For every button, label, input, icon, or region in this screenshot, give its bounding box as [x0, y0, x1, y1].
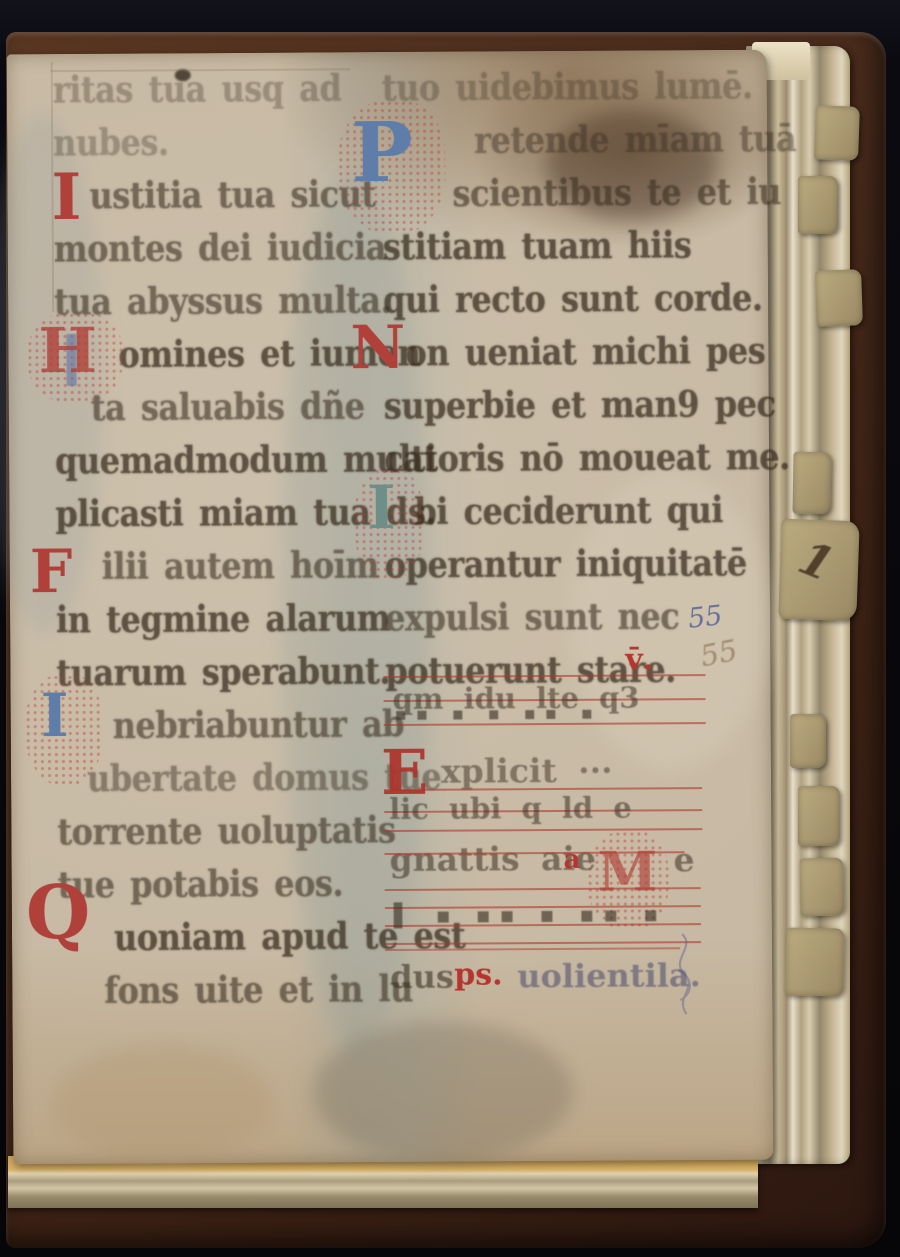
index-tab: [790, 714, 826, 768]
chant-text: dus: [390, 958, 454, 996]
index-tab: [799, 858, 844, 917]
initial-I-blue: I: [40, 686, 68, 746]
neume-row: ▪▪ ▪ ▪ ▪▪ ▪: [395, 703, 602, 725]
initial-N-red: N: [350, 318, 405, 378]
stain: [313, 1021, 574, 1163]
versicle-mark: v̄.: [625, 642, 653, 677]
index-tab: [798, 786, 840, 846]
red-letter-a: a: [563, 845, 580, 875]
staff-line: [385, 947, 680, 951]
text-line: fons uite et in lu: [58, 959, 373, 1021]
initial-H-decorated: H: [38, 320, 97, 382]
initial-Q-red: Q: [26, 876, 91, 950]
index-tab: [785, 927, 844, 996]
explicit-text: xplicit ···: [441, 751, 613, 791]
pen-trial-squiggle: [652, 930, 723, 1020]
chant-text: lic ubi q ld e: [389, 791, 632, 826]
stain: [53, 1043, 274, 1164]
folio-number-older: 55: [697, 633, 740, 674]
index-tab: [798, 176, 838, 234]
manuscript-page: ritas tua usq ad nubes. ustitia tua sicu…: [7, 50, 774, 1165]
neume-row: ▌ ▪ ▪▪ ▪ ▪▪ ▪: [394, 902, 667, 929]
ps-abbreviation: ps.: [454, 957, 503, 992]
tab-ink-numeral: 1: [786, 532, 847, 590]
folio-number-modern: 55: [686, 600, 724, 635]
index-tab-large: 1: [778, 519, 859, 622]
initial-F-red: F: [30, 542, 73, 602]
manuscript-photograph: 1 ritas tua usq ad nubes. ustitia tua si…: [0, 0, 900, 1257]
initial-P-blue: P: [351, 112, 413, 194]
staff-line: [384, 828, 702, 832]
bottom-page-edges: [8, 1156, 758, 1208]
left-text-column: ritas tua usq ad nubes. ustitia tua sicu…: [53, 62, 374, 1018]
index-tab: [792, 452, 831, 515]
chant-text: e: [673, 840, 694, 879]
initial-I-red: I: [51, 166, 81, 230]
index-tab: [815, 269, 863, 327]
initial-I-teal: I: [367, 478, 395, 538]
index-tab: [814, 105, 860, 161]
